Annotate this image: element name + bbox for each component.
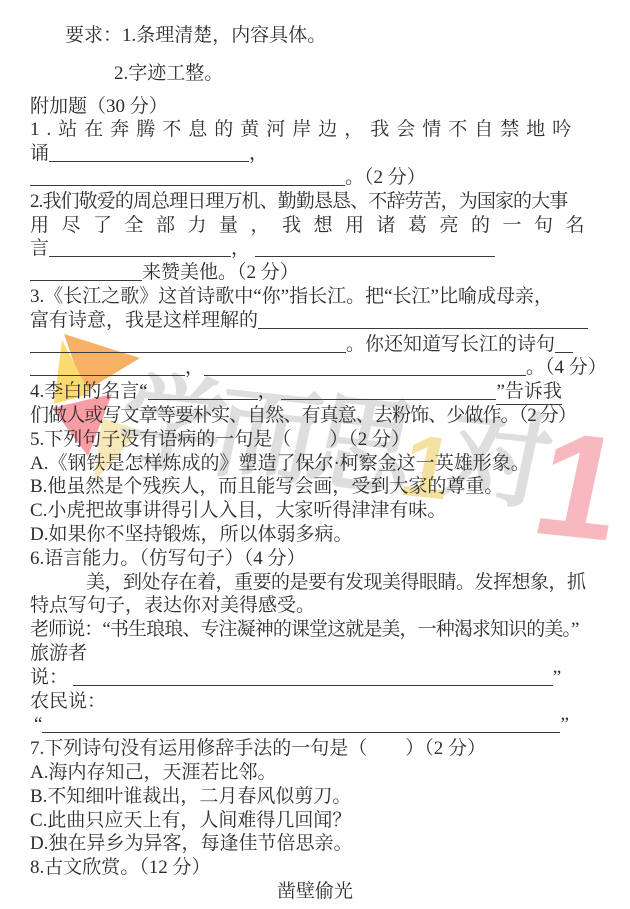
text-segment: ，	[231, 238, 255, 259]
text-line: 富有诗意，我是这样理解的	[30, 309, 600, 333]
text-segment: 用尽了全部力量，我想用诸葛亮的一句名	[30, 215, 597, 236]
answer-blank-line	[49, 240, 231, 257]
answer-blank-line	[30, 264, 142, 281]
text-segment: ，	[185, 357, 204, 378]
text-line: D.如果你不坚持锻炼，所以体弱多病。	[30, 523, 600, 547]
text-line: 8.古文欣赏。（12 分）	[30, 856, 600, 880]
text-segment: 特点写句子，表达你对美得感受。	[30, 595, 315, 616]
text-segment: ，	[258, 381, 282, 402]
answer-blank-line	[148, 383, 258, 400]
text-segment: 老师说：“书生琅琅、专注凝神的课堂这就是美，一种渴求知识的美。”	[30, 619, 579, 640]
text-line: 附加题（30 分）	[30, 95, 600, 119]
text-segment: 们做人或写文章等要朴实、自然、有真意、去粉饰、少做作。（2 分）	[30, 405, 576, 426]
document-lines: 要求：1.条理清楚，内容具体。2.字迹工整。附加题（30 分）1.站在奔腾不息的…	[30, 24, 600, 904]
text-segment: 说：	[30, 667, 73, 688]
text-segment: ”	[553, 667, 561, 688]
answer-blank-line	[49, 145, 249, 162]
text-segment: D.独在异乡为异客，每逢佳节倍思亲。	[30, 833, 352, 854]
text-line: 农民说：	[30, 690, 600, 714]
text-segment: 2.我们敬爱的周总理日理万机、勤勤恳恳、不辞劳苦，为国家的大事	[30, 191, 567, 212]
text-line: 诵，	[30, 142, 600, 166]
text-segment: 农民说：	[30, 691, 106, 712]
text-segment: 。（4 分）	[526, 357, 607, 378]
text-line: A.海内存知己，天涯若比邻。	[30, 761, 600, 785]
text-line: 。（2 分）	[30, 166, 600, 190]
text-line: 1.站在奔腾不息的黄河岸边，我会情不自禁地吟	[30, 118, 600, 142]
text-segment: 5.下列句子没有语病的一句是（ ）（2 分）	[30, 429, 410, 450]
text-segment-underlined: ”告诉我	[496, 381, 561, 405]
text-line: 说： ”	[30, 666, 600, 690]
answer-blank-line	[30, 169, 345, 186]
text-segment: C.小虎把故事讲得引人入目，大家听得津津有味。	[30, 500, 446, 521]
text-line: 5.下列句子没有语病的一句是（ ）（2 分）	[30, 428, 600, 452]
text-segment: 诵	[30, 143, 49, 164]
text-line: 2.字迹工整。	[114, 62, 600, 86]
text-line: 6.语言能力。（仿写句子）（4 分）	[30, 547, 600, 571]
text-line: 2.我们敬爱的周总理日理万机、勤勤恳恳、不辞劳苦，为国家的大事	[30, 190, 600, 214]
text-segment: 美，到处存在着，重要的是要有发现美得眼睛。发挥想象，抓	[86, 572, 586, 593]
text-line: 言，	[30, 237, 600, 261]
answer-blank-line	[204, 359, 526, 376]
text-line: B.不知细叶谁裁出，二月春风似剪刀。	[30, 785, 600, 809]
text-segment: 4.李白的名言“	[30, 381, 148, 402]
text-segment: ，	[249, 143, 268, 164]
text-line: 美，到处存在着，重要的是要有发现美得眼睛。发挥想象，抓	[30, 571, 600, 595]
answer-blank-line	[42, 716, 560, 733]
text-segment: 2.字迹工整。	[114, 63, 223, 84]
text-line: 要求：1.条理清楚，内容具体。	[65, 24, 600, 48]
text-line: 旅游者	[30, 642, 600, 666]
text-line: B.他虽然是个残疾人，而且能写会画，受到大家的尊重。	[30, 475, 600, 499]
text-segment: 附加题（30 分）	[30, 96, 168, 117]
exam-paper-page: 学而思1对1 要求：1.条理清楚，内容具体。2.字迹工整。附加题（30 分）1.…	[0, 0, 630, 909]
text-line: ，。（4 分）	[30, 356, 600, 380]
answer-blank-line	[258, 312, 588, 329]
text-segment: 。你还知道写长江的诗句	[346, 334, 555, 355]
text-segment: B.他虽然是个残疾人，而且能写会画，受到大家的尊重。	[30, 476, 503, 497]
text-line: 特点写句子，表达你对美得感受。	[30, 594, 600, 618]
text-line: 凿壁偷光	[30, 880, 600, 904]
text-segment: A.海内存知己，天涯若比邻。	[30, 762, 276, 783]
text-segment: 8.古文欣赏。（12 分）	[30, 857, 211, 878]
text-line: “”	[30, 713, 600, 737]
text-segment: 7.下列诗句没有运用修辞手法的一句是（ ）（2 分）	[30, 738, 486, 759]
text-segment: 1.站在奔腾不息的黄河岸边，我会情不自禁地吟	[30, 119, 578, 140]
answer-blank-line	[255, 240, 495, 257]
text-line: 们做人或写文章等要朴实、自然、有真意、去粉饰、少做作。（2 分）	[30, 404, 600, 428]
text-segment: C.此曲只应天上有，人间难得几回闻？	[30, 810, 351, 831]
text-segment: A.《钢铁是怎样炼成的》塑造了保尔·柯察金这一英雄形象。	[30, 453, 530, 474]
text-line: 7.下列诗句没有运用修辞手法的一句是（ ）（2 分）	[30, 737, 600, 761]
text-segment: ”	[560, 714, 568, 735]
answer-blank-line	[30, 336, 346, 353]
answer-blank-line	[30, 359, 185, 376]
text-segment: 富有诗意，我是这样理解的	[30, 310, 258, 331]
text-segment: 言	[30, 238, 49, 259]
answer-blank-line	[555, 336, 573, 353]
text-segment: “	[34, 714, 42, 735]
text-segment: 6.语言能力。（仿写句子）（4 分）	[30, 548, 306, 569]
text-line: 4.李白的名言“， ”告诉我	[30, 380, 600, 404]
text-segment: 凿壁偷光	[277, 881, 353, 902]
answer-blank-line	[73, 669, 553, 686]
text-segment: 。（2 分）	[345, 167, 426, 188]
document-content: 要求：1.条理清楚，内容具体。2.字迹工整。附加题（30 分）1.站在奔腾不息的…	[0, 0, 630, 904]
answer-blank-line	[281, 383, 496, 400]
text-line: 老师说：“书生琅琅、专注凝神的课堂这就是美，一种渴求知识的美。”	[30, 618, 600, 642]
text-line: C.小虎把故事讲得引人入目，大家听得津津有味。	[30, 499, 600, 523]
text-line: D.独在异乡为异客，每逢佳节倍思亲。	[30, 832, 600, 856]
text-line: A.《钢铁是怎样炼成的》塑造了保尔·柯察金这一英雄形象。	[30, 452, 600, 476]
text-segment: 3.《长江之歌》这首诗歌中“你”指长江。把“长江”比喻成母亲，	[30, 286, 553, 307]
text-segment: D.如果你不坚持锻炼，所以体弱多病。	[30, 524, 352, 545]
text-segment: B.不知细叶谁裁出，二月春风似剪刀。	[30, 786, 351, 807]
text-line: 3.《长江之歌》这首诗歌中“你”指长江。把“长江”比喻成母亲，	[30, 285, 600, 309]
text-line: C.此曲只应天上有，人间难得几回闻？	[30, 809, 600, 833]
text-line: 用尽了全部力量，我想用诸葛亮的一句名	[30, 214, 600, 238]
text-segment: 旅游者	[30, 643, 87, 664]
text-segment: 要求：1.条理清楚，内容具体。	[65, 25, 326, 46]
text-segment: 来赞美他。（2 分）	[142, 262, 299, 283]
text-line: 来赞美他。（2 分）	[30, 261, 600, 285]
text-line: 。你还知道写长江的诗句	[30, 333, 600, 357]
